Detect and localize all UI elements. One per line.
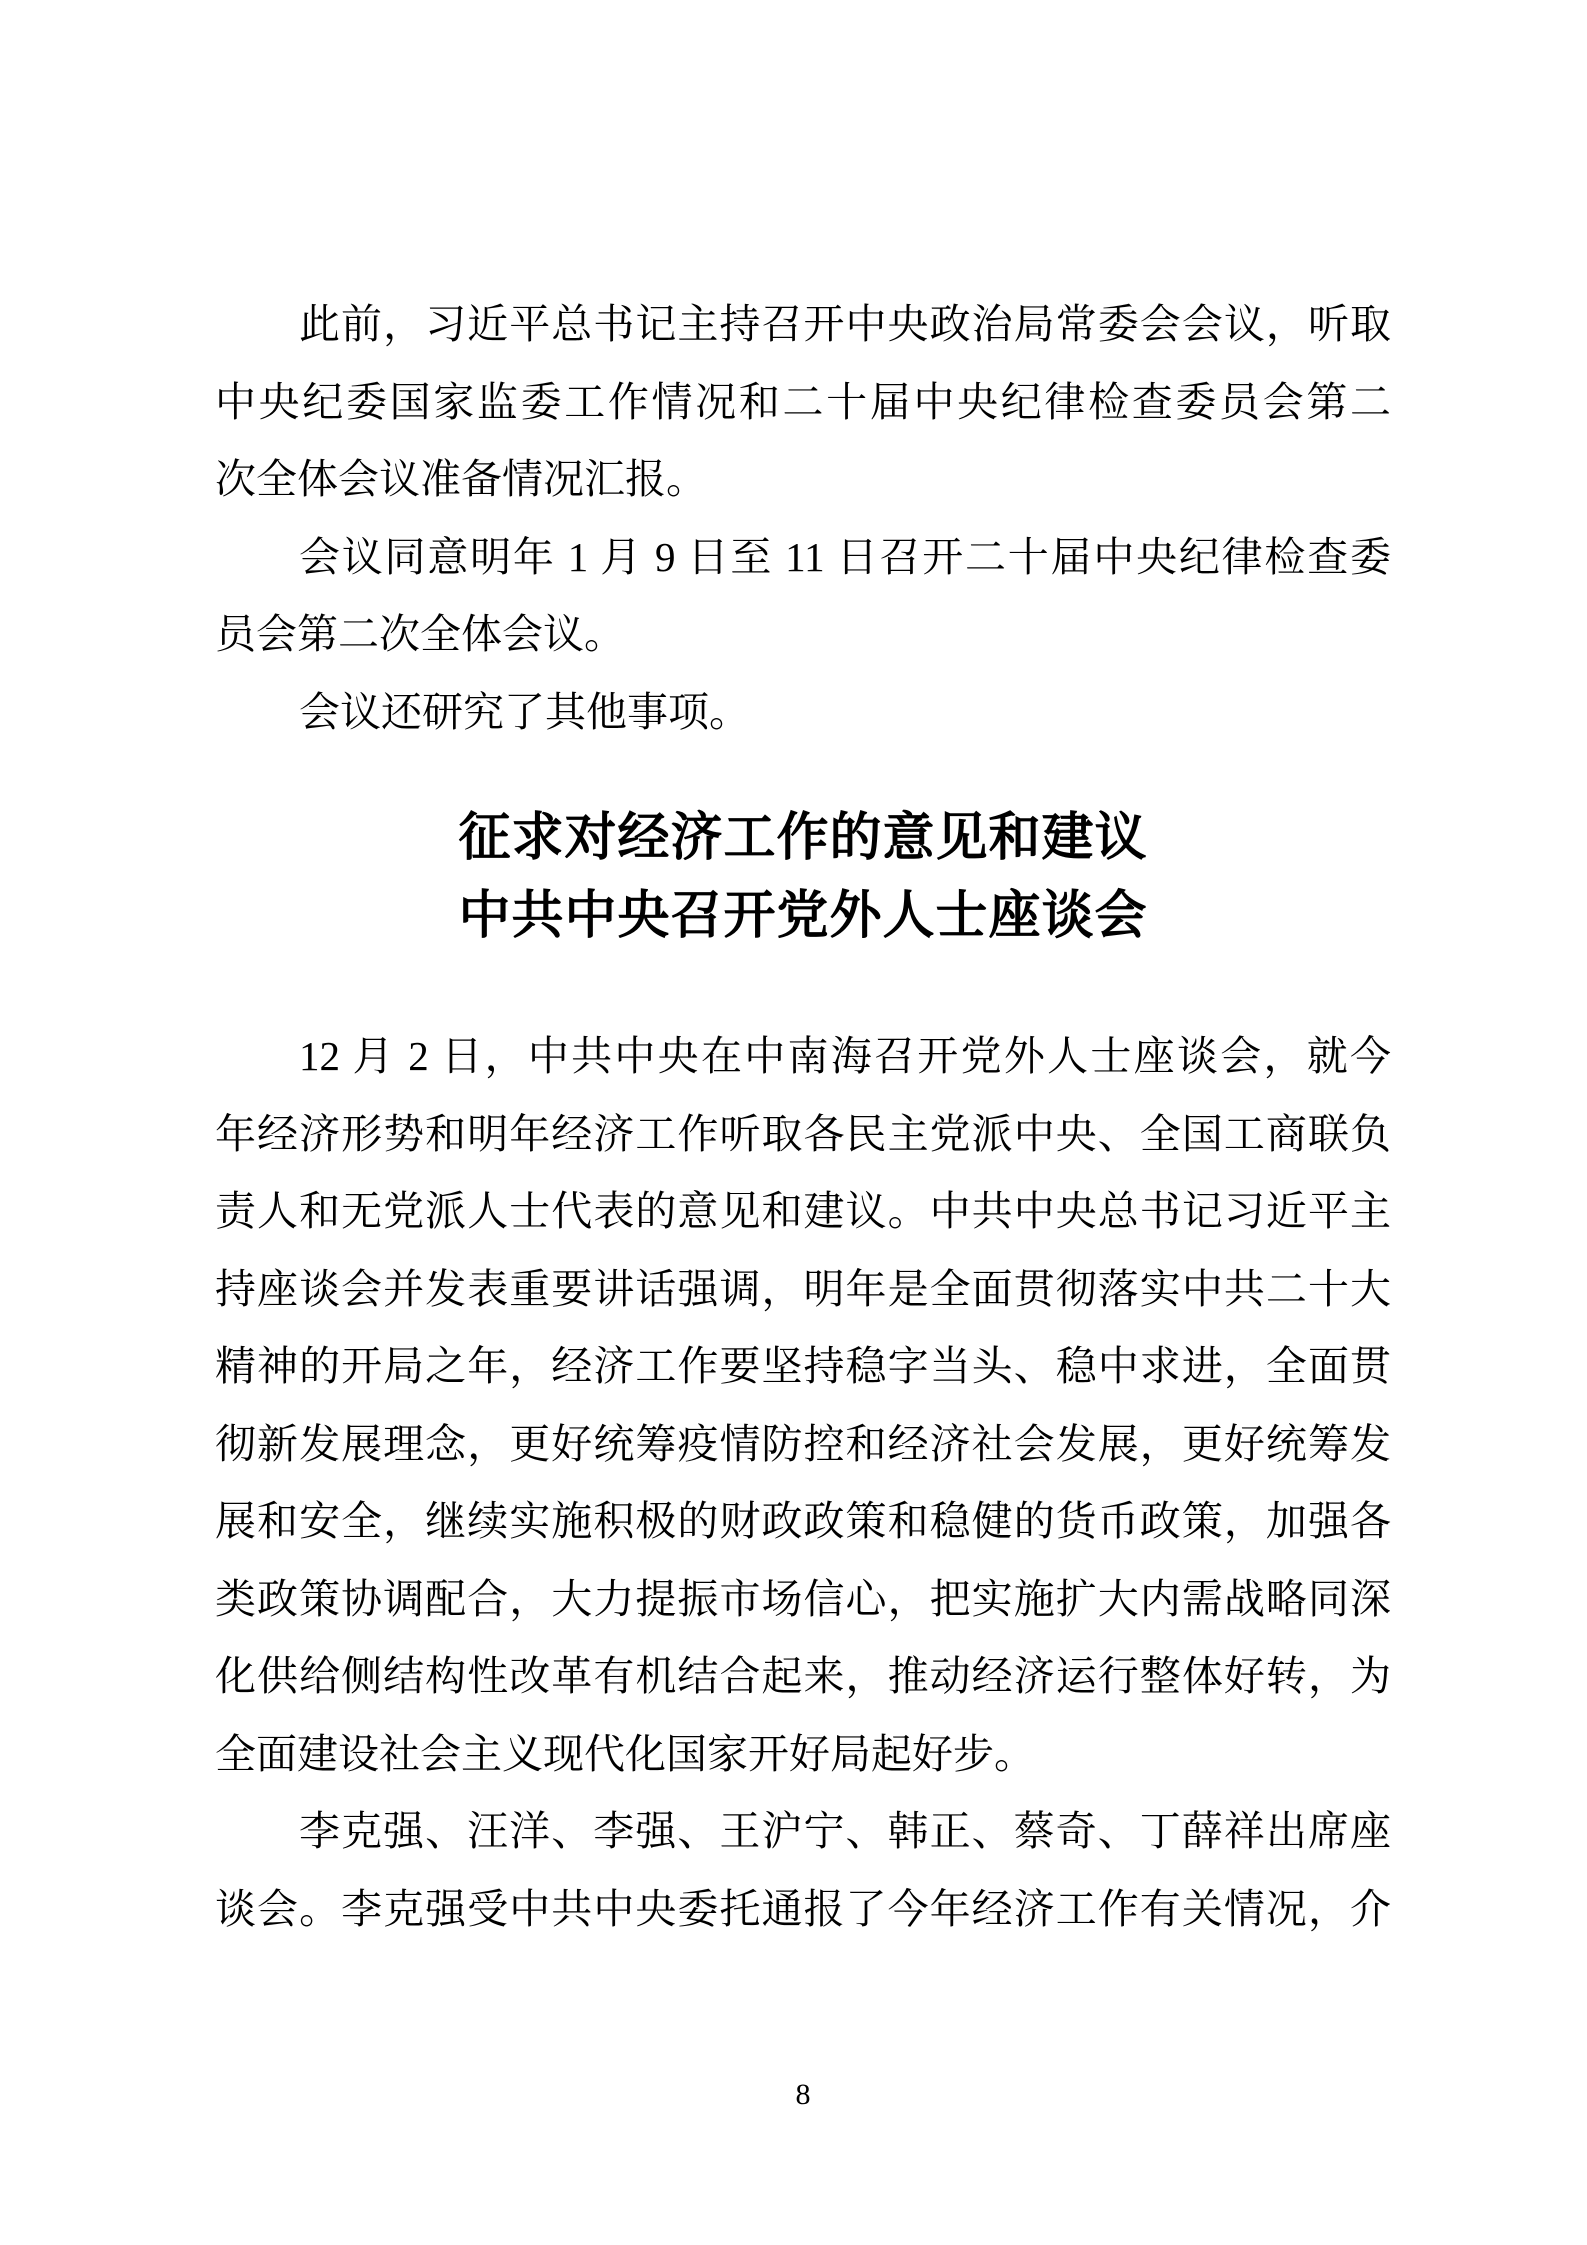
document-page: 此前，习近平总书记主持召开中央政治局常委会会议，听取 中央纪委国家监委工作情况和…: [0, 0, 1587, 2245]
text-line: 责人和无党派人士代表的意见和建议。中共中央总书记习近平主: [215, 1173, 1391, 1251]
text-line: 彻新发展理念，更好统筹疫情防控和经济社会发展，更好统筹发: [215, 1406, 1391, 1484]
text-line: 精神的开局之年，经济工作要坚持稳字当头、稳中求进，全面贯: [215, 1328, 1391, 1406]
text-line: 展和安全，继续实施积极的财政政策和稳健的货币政策，加强各: [215, 1483, 1391, 1561]
text-line: 中央纪委国家监委工作情况和二十届中央纪律检查委员会第二: [215, 364, 1391, 442]
paragraph-symposium-report: 12 月 2 日，中共中央在中南海召开党外人士座谈会，就今 年经济形势和明年经济…: [215, 1018, 1391, 1793]
page-footer: 8: [215, 2078, 1391, 2112]
page-content: 此前，习近平总书记主持召开中央政治局常委会会议，听取 中央纪委国家监委工作情况和…: [215, 286, 1391, 1948]
text-line: 年经济形势和明年经济工作听取各民主党派中央、全国工商联负: [215, 1096, 1391, 1174]
text-line: 谈会。李克强受中共中央委托通报了今年经济工作有关情况，介: [215, 1871, 1391, 1949]
article-title: 征求对经济工作的意见和建议 中共中央召开党外人士座谈会: [215, 799, 1391, 955]
article-title-line-1: 征求对经济工作的意见和建议: [215, 799, 1391, 877]
paragraph-plenary-session-date: 会议同意明年 1 月 9 日至 11 日召开二十届中央纪律检查委 员会第二次全体…: [215, 519, 1391, 674]
page-number: 8: [215, 2078, 1391, 2112]
text-line: 化供给侧结构性改革有机结合起来，推动经济运行整体好转，为: [215, 1638, 1391, 1716]
text-line: 全面建设社会主义现代化国家开好局起好步。: [215, 1716, 1391, 1794]
article-title-line-2: 中共中央召开党外人士座谈会: [215, 877, 1391, 955]
paragraph-politburo-briefing: 此前，习近平总书记主持召开中央政治局常委会会议，听取 中央纪委国家监委工作情况和…: [215, 286, 1391, 519]
text-line: 次全体会议准备情况汇报。: [215, 441, 1391, 519]
text-line: 员会第二次全体会议。: [215, 596, 1391, 674]
paragraph-other-matters: 会议还研究了其他事项。: [215, 674, 1391, 752]
text-line: 12 月 2 日，中共中央在中南海召开党外人士座谈会，就今: [215, 1018, 1391, 1096]
text-line: 会议还研究了其他事项。: [215, 674, 1391, 752]
text-line: 持座谈会并发表重要讲话强调，明年是全面贯彻落实中共二十大: [215, 1251, 1391, 1329]
text-line: 此前，习近平总书记主持召开中央政治局常委会会议，听取: [215, 286, 1391, 364]
text-line: 李克强、汪洋、李强、王沪宁、韩正、蔡奇、丁薛祥出席座: [215, 1793, 1391, 1871]
paragraph-attendees: 李克强、汪洋、李强、王沪宁、韩正、蔡奇、丁薛祥出席座 谈会。李克强受中共中央委托…: [215, 1793, 1391, 1948]
text-line: 会议同意明年 1 月 9 日至 11 日召开二十届中央纪律检查委: [215, 519, 1391, 597]
text-line: 类政策协调配合，大力提振市场信心，把实施扩大内需战略同深: [215, 1561, 1391, 1639]
